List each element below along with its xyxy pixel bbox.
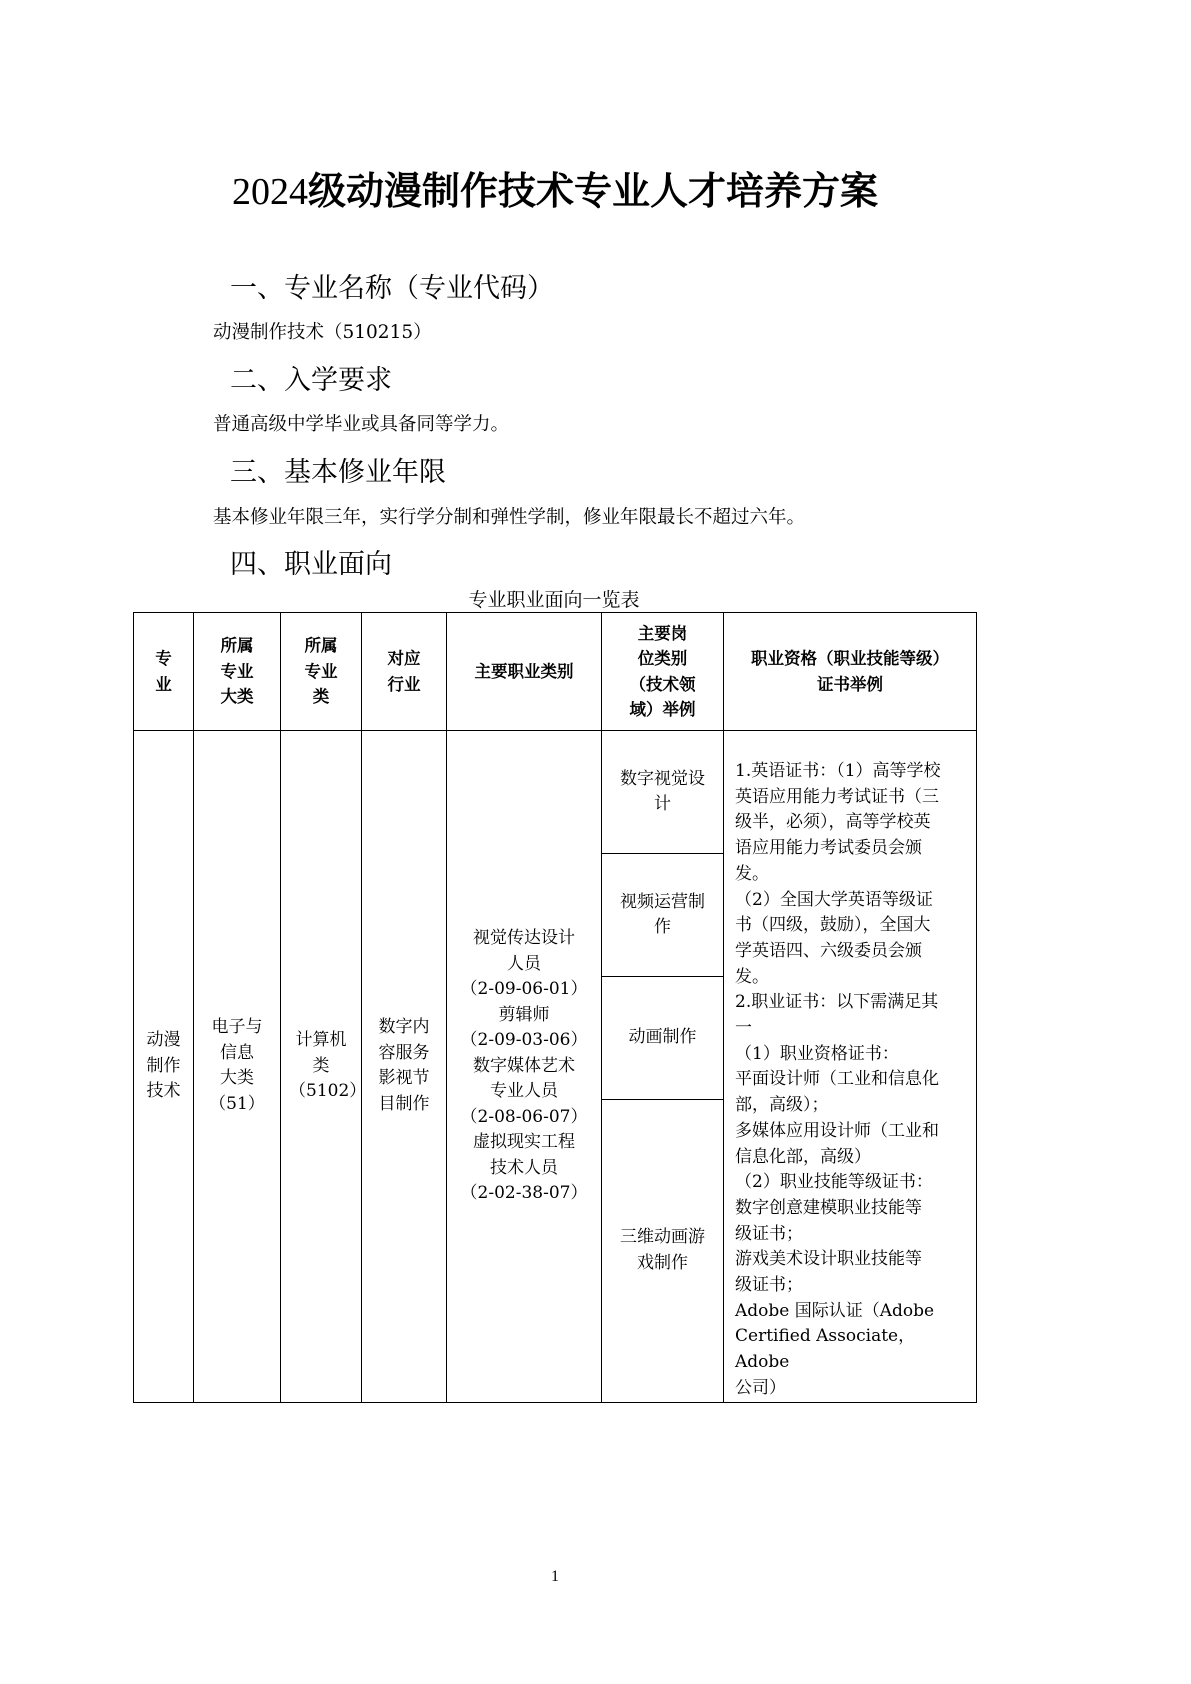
table-caption: 专业职业面向一览表 (133, 585, 975, 612)
cell-class: 计算机类（5102） (281, 731, 362, 1403)
text-line: 游戏美术设计职业技能等 (735, 1247, 968, 1273)
text-line: 数字视觉设 (610, 767, 715, 793)
text-line: 业 (134, 672, 193, 698)
document-title: 2024级动漫制作技术专业人才培养方案 (0, 160, 1110, 215)
page-number: 1 (0, 1568, 1110, 1586)
text-line: 视频运营制 (610, 890, 715, 916)
text-line: 影视节 (370, 1066, 438, 1092)
text-line: 制作 (142, 1054, 185, 1080)
cell-certificates: 1.英语证书：（1）高等学校英语应用能力考试证书（三级半，必须），高等学校英语应… (724, 731, 977, 1403)
text-line: 视觉传达设计 (455, 926, 593, 952)
section-heading-career: 四、职业面向 (230, 542, 392, 581)
document-title-year: 2024 (232, 171, 308, 213)
career-orientation-table: 专业 所属专业大类 所属专业类 对应行业 主要职业类别 主要岗位类别（技术领域）… (133, 612, 977, 1403)
table-header-row: 专业 所属专业大类 所属专业类 对应行业 主要职业类别 主要岗位类别（技术领域）… (134, 613, 977, 731)
text-line: Adobe 国际认证（Adobe (735, 1299, 968, 1325)
text-line: 主要职业类别 (447, 659, 601, 685)
header-occupation: 主要职业类别 (447, 613, 602, 731)
header-category: 所属专业大类 (194, 613, 281, 731)
text-line: 级证书； (735, 1222, 968, 1248)
text-line: 电子与 (202, 1015, 272, 1041)
text-line: 2.职业证书：以下需满足其 (735, 990, 968, 1016)
cell-job-digital-visual-design: 数字视觉设计 (602, 731, 724, 854)
text-line: Certified Associate，Adobe (735, 1324, 968, 1375)
text-line: （2）全国大学英语等级证 (735, 888, 968, 914)
table-row: 动漫制作技术 电子与信息大类（51） 计算机类（5102） 数字内容服务影视节目… (134, 731, 977, 854)
section-body-admission: 普通高级中学毕业或具备同等学力。 (213, 410, 509, 436)
text-line: 对应 (362, 646, 446, 672)
header-class: 所属专业类 (281, 613, 362, 731)
text-line: 级证书； (735, 1273, 968, 1299)
text-line: 类 (281, 684, 361, 710)
text-line: 数字创意建模职业技能等 (735, 1196, 968, 1222)
text-line: （2-09-03-06） (455, 1028, 593, 1054)
text-line: 大类 (202, 1066, 272, 1092)
cell-job-video-operation: 视频运营制作 (602, 854, 724, 977)
text-line: 所属 (194, 633, 280, 659)
text-line: 专业人员 (455, 1079, 593, 1105)
section-heading-major-name: 一、专业名称（专业代码） (230, 266, 554, 305)
header-major: 专业 (134, 613, 194, 731)
text-line: 位类别 (602, 646, 723, 672)
text-line: 书（四级，鼓励），全国大 (735, 913, 968, 939)
cell-job-3d-game-animation: 三维动画游戏制作 (602, 1100, 724, 1402)
header-industry: 对应行业 (362, 613, 447, 731)
text-line: 域）举例 (602, 697, 723, 723)
text-line: 级半，必须），高等学校英 (735, 810, 968, 836)
text-line: 职业资格（职业技能等级） (724, 646, 976, 672)
text-line: 动漫 (142, 1028, 185, 1054)
text-line: 语应用能力考试委员会颁 (735, 836, 968, 862)
text-line: 专业 (281, 659, 361, 685)
text-line: 技术人员 (455, 1156, 593, 1182)
text-line: 剪辑师 (455, 1003, 593, 1029)
text-line: 主要岗 (602, 621, 723, 647)
document-title-text: 级动漫制作技术专业人才培养方案 (308, 171, 878, 213)
cell-category: 电子与信息大类（51） (194, 731, 281, 1403)
text-line: 动画制作 (610, 1025, 715, 1051)
cell-major: 动漫制作技术 (134, 731, 194, 1403)
text-line: （2-08-06-07） (455, 1105, 593, 1131)
text-line: 容服务 (370, 1041, 438, 1067)
text-line: （技术领 (602, 672, 723, 698)
section-heading-duration: 三、基本修业年限 (230, 450, 446, 489)
header-certificates: 职业资格（职业技能等级）证书举例 (724, 613, 977, 731)
text-line: 作 (610, 915, 715, 941)
text-line: 数字内 (370, 1015, 438, 1041)
cell-occupation: 视觉传达设计人员（2-09-06-01）剪辑师（2-09-03-06）数字媒体艺… (447, 731, 602, 1403)
text-line: 行业 (362, 672, 446, 698)
text-line: （5102） (289, 1079, 353, 1105)
text-line: 多媒体应用设计师（工业和 (735, 1119, 968, 1145)
cell-job-animation: 动画制作 (602, 977, 724, 1100)
text-line: 大类 (194, 684, 280, 710)
text-line: 公司） (735, 1376, 968, 1402)
text-line: 发。 (735, 862, 968, 888)
text-line: 专业 (194, 659, 280, 685)
text-line: 信息化部，高级） (735, 1145, 968, 1171)
section-body-major-name: 动漫制作技术（510215） (213, 318, 432, 344)
cell-industry: 数字内容服务影视节目制作 (362, 731, 447, 1403)
header-job-examples: 主要岗位类别（技术领域）举例 (602, 613, 724, 731)
text-line: 计算机 (289, 1028, 353, 1054)
text-line: （2-09-06-01） (455, 977, 593, 1003)
text-line: 信息 (202, 1041, 272, 1067)
text-line: 发。 (735, 965, 968, 991)
text-line: 平面设计师（工业和信息化 (735, 1067, 968, 1093)
text-line: 计 (610, 792, 715, 818)
text-line: 一 (735, 1016, 968, 1042)
section-body-duration: 基本修业年限三年，实行学分制和弹性学制，修业年限最长不超过六年。 (213, 503, 805, 529)
text-line: 类 (289, 1054, 353, 1080)
section-heading-admission: 二、入学要求 (230, 358, 392, 397)
text-line: 部，高级）； (735, 1093, 968, 1119)
text-line: 所属 (281, 633, 361, 659)
text-line: 数字媒体艺术 (455, 1054, 593, 1080)
text-line: 1.英语证书：（1）高等学校 (735, 759, 968, 785)
text-line: 专 (134, 646, 193, 672)
text-line: 技术 (142, 1079, 185, 1105)
text-line: 目制作 (370, 1092, 438, 1118)
text-line: （2-02-38-07） (455, 1181, 593, 1207)
text-line: （51） (202, 1092, 272, 1118)
text-line: 三维动画游 (610, 1225, 715, 1251)
text-line: 英语应用能力考试证书（三 (735, 785, 968, 811)
text-line: 人员 (455, 952, 593, 978)
text-line: 学英语四、六级委员会颁 (735, 939, 968, 965)
text-line: 戏制作 (610, 1251, 715, 1277)
text-line: 虚拟现实工程 (455, 1130, 593, 1156)
text-line: 证书举例 (724, 672, 976, 698)
text-line: （2）职业技能等级证书： (735, 1170, 968, 1196)
text-line: （1）职业资格证书： (735, 1042, 968, 1068)
